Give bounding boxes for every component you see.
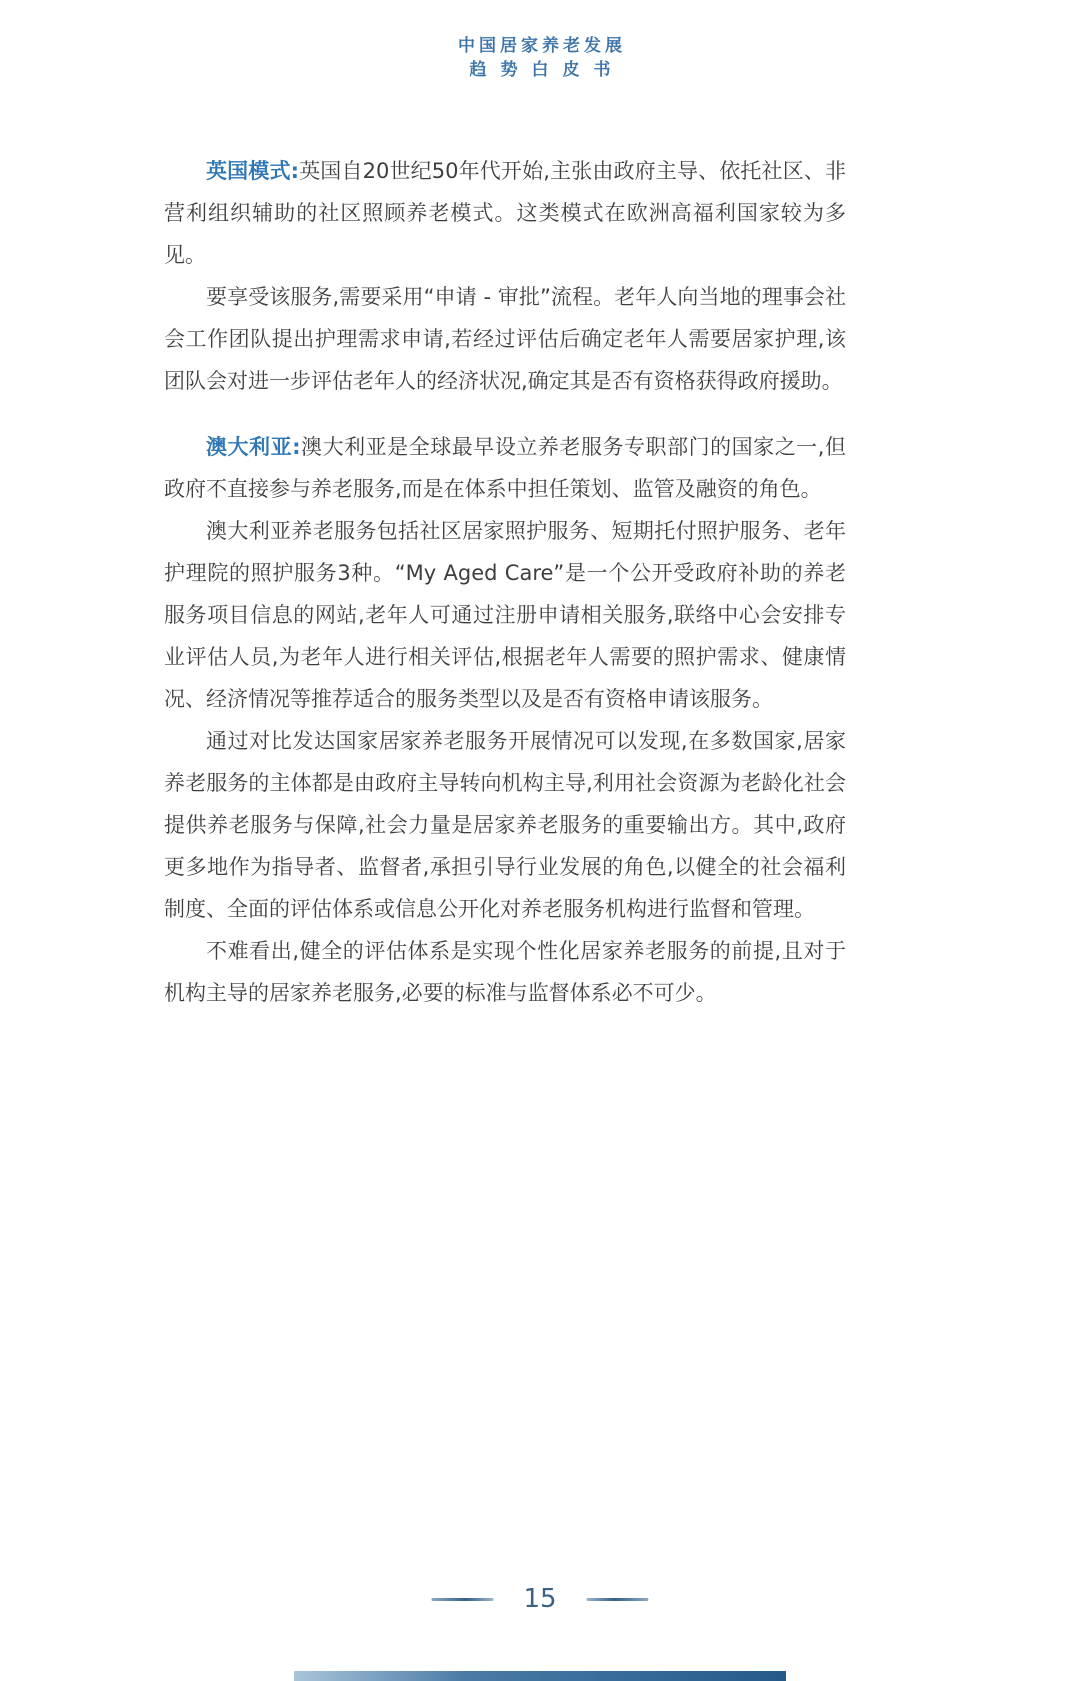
paragraph-text: 澳大利亚养老服务包括社区居家照护服务、短期托付照护服务、老年护理院的照护服务3种… xyxy=(164,519,846,711)
header-divider-right xyxy=(668,12,671,86)
page-content: 英国模式:英国自20世纪50年代开始,主张由政府主导、依托社区、非营利组织辅助的… xyxy=(164,150,846,1014)
body-paragraph: 英国模式:英国自20世纪50年代开始,主张由政府主导、依托社区、非营利组织辅助的… xyxy=(164,150,846,276)
footer-divider-right xyxy=(587,1598,649,1601)
document-title-line1: 中国居家养老发展 xyxy=(458,38,626,55)
body-paragraph: 要享受该服务,需要采用“申请 - 审批”流程。老年人向当地的理事会社会工作团队提… xyxy=(164,276,846,402)
header-divider-left xyxy=(409,12,412,86)
body-paragraph: 通过对比发达国家居家养老服务开展情况可以发现,在多数国家,居家养老服务的主体都是… xyxy=(164,720,846,930)
footer-divider-left xyxy=(431,1598,493,1601)
paragraph-lead: 英国模式: xyxy=(206,159,299,183)
paragraph-lead: 澳大利亚: xyxy=(206,435,301,459)
page-footer: 15 xyxy=(431,1586,648,1612)
document-title-line2: 趋势白皮书 xyxy=(458,62,636,79)
bottom-accent-bar xyxy=(294,1671,786,1681)
document-title: 中国居家养老发展 趋势白皮书 xyxy=(458,20,622,79)
paragraph-text: 要享受该服务,需要采用“申请 - 审批”流程。老年人向当地的理事会社会工作团队提… xyxy=(164,285,846,393)
body-paragraph: 不难看出,健全的评估体系是实现个性化居家养老服务的前提,且对于机构主导的居家养老… xyxy=(164,930,846,1014)
body-paragraph: 澳大利亚:澳大利亚是全球最早设立养老服务专职部门的国家之一,但政府不直接参与养老… xyxy=(164,426,846,510)
page-number: 15 xyxy=(523,1586,556,1612)
paragraph-text: 通过对比发达国家居家养老服务开展情况可以发现,在多数国家,居家养老服务的主体都是… xyxy=(164,729,846,921)
document-header: 中国居家养老发展 趋势白皮书 xyxy=(409,12,671,86)
document-page: 中国居家养老发展 趋势白皮书 英国模式:英国自20世纪50年代开始,主张由政府主… xyxy=(0,0,1080,1681)
paragraph-text: 不难看出,健全的评估体系是实现个性化居家养老服务的前提,且对于机构主导的居家养老… xyxy=(164,939,846,1005)
body-paragraph: 澳大利亚养老服务包括社区居家照护服务、短期托付照护服务、老年护理院的照护服务3种… xyxy=(164,510,846,720)
